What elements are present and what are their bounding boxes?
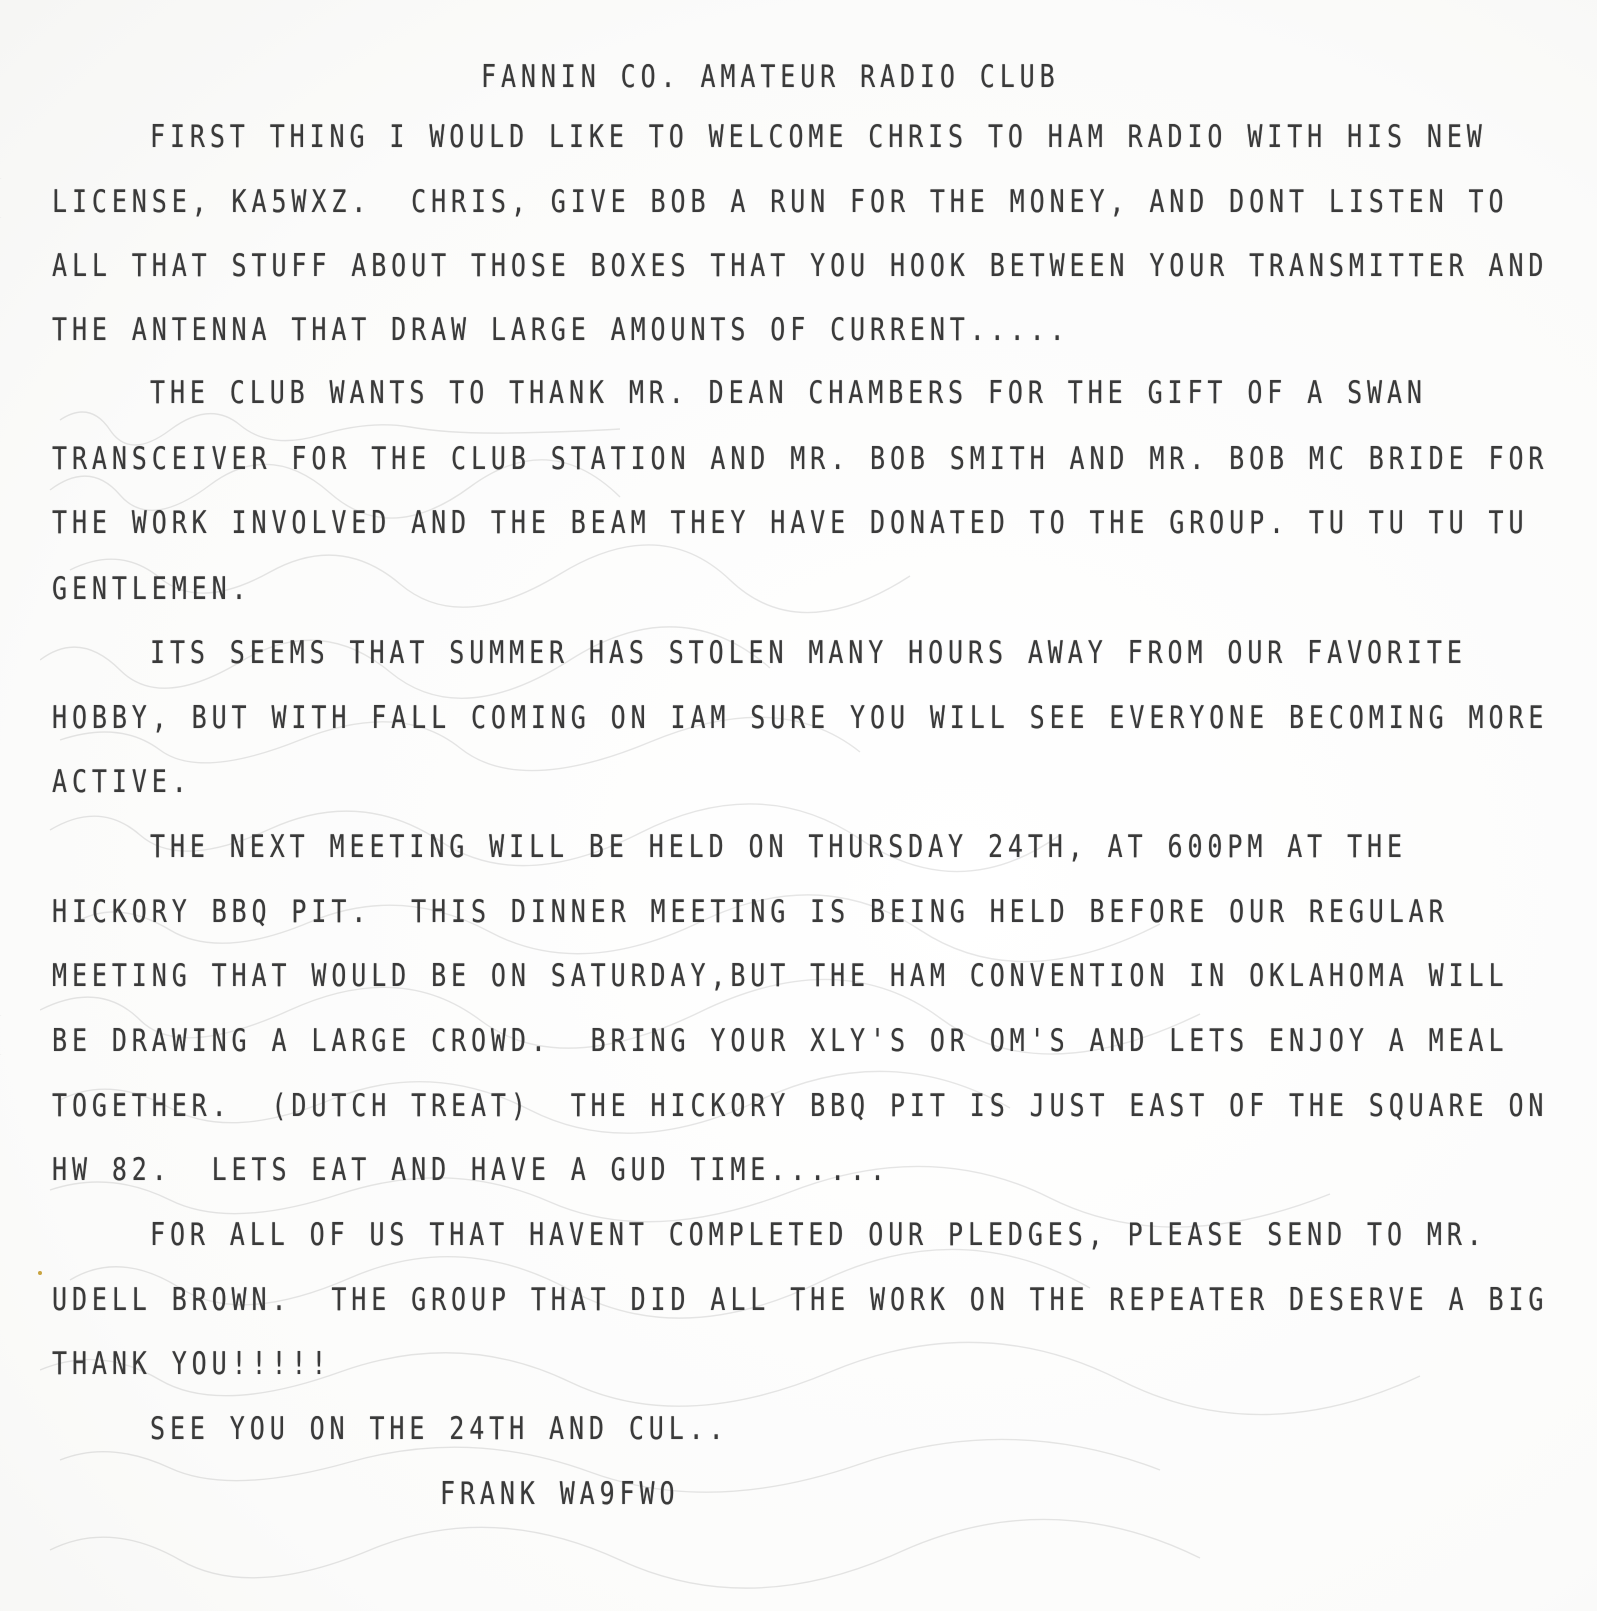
- text-line: ALL THAT STUFF ABOUT THOSE BOXES THAT YO…: [52, 247, 1548, 283]
- text-line: TOGETHER. (DUTCH TREAT) THE HICKORY BBQ …: [52, 1087, 1548, 1123]
- text-line: FIRST THING I WOULD LIKE TO WELCOME CHRI…: [150, 118, 1487, 154]
- text-line: THE CLUB WANTS TO THANK MR. DEAN CHAMBER…: [150, 374, 1427, 410]
- text-line: THE ANTENNA THAT DRAW LARGE AMOUNTS OF C…: [52, 311, 1070, 347]
- text-line: BE DRAWING A LARGE CROWD. BRING YOUR XLY…: [52, 1022, 1508, 1058]
- text-line: TRANSCEIVER FOR THE CLUB STATION AND MR.…: [52, 440, 1548, 476]
- hole-punch-mark: [0, 178, 9, 218]
- text-line: LICENSE, KA5WXZ. CHRIS, GIVE BOB A RUN F…: [52, 183, 1508, 219]
- scanned-newsletter-page: FANNIN CO. AMATEUR RADIO CLUB FIRST THIN…: [0, 0, 1597, 1611]
- text-line: UDELL BROWN. THE GROUP THAT DID ALL THE …: [52, 1281, 1548, 1317]
- text-line: THANK YOU!!!!!: [52, 1345, 331, 1381]
- text-line: THE NEXT MEETING WILL BE HELD ON THURSDA…: [150, 828, 1407, 864]
- text-line: THE WORK INVOLVED AND THE BEAM THEY HAVE…: [52, 504, 1528, 540]
- text-line: HICKORY BBQ PIT. THIS DINNER MEETING IS …: [52, 893, 1449, 929]
- text-line: FOR ALL OF US THAT HAVENT COMPLETED OUR …: [150, 1216, 1487, 1252]
- text-line: GENTLEMEN.: [52, 570, 252, 606]
- text-line: HW 82. LETS EAT AND HAVE A GUD TIME.....…: [52, 1151, 890, 1187]
- text-line: MEETING THAT WOULD BE ON SATURDAY,BUT TH…: [52, 957, 1508, 993]
- text-line: ITS SEEMS THAT SUMMER HAS STOLEN MANY HO…: [150, 634, 1467, 670]
- page-title: FANNIN CO. AMATEUR RADIO CLUB: [481, 58, 1060, 94]
- text-line: SEE YOU ON THE 24TH AND CUL..: [150, 1410, 729, 1446]
- hole-punch-mark: [0, 1015, 9, 1055]
- text-line: HOBBY, BUT WITH FALL COMING ON IAM SURE …: [52, 699, 1548, 735]
- paper-speck: [38, 1271, 42, 1275]
- signature: FRANK WA9FWO: [440, 1475, 679, 1511]
- text-line: ACTIVE.: [52, 763, 192, 799]
